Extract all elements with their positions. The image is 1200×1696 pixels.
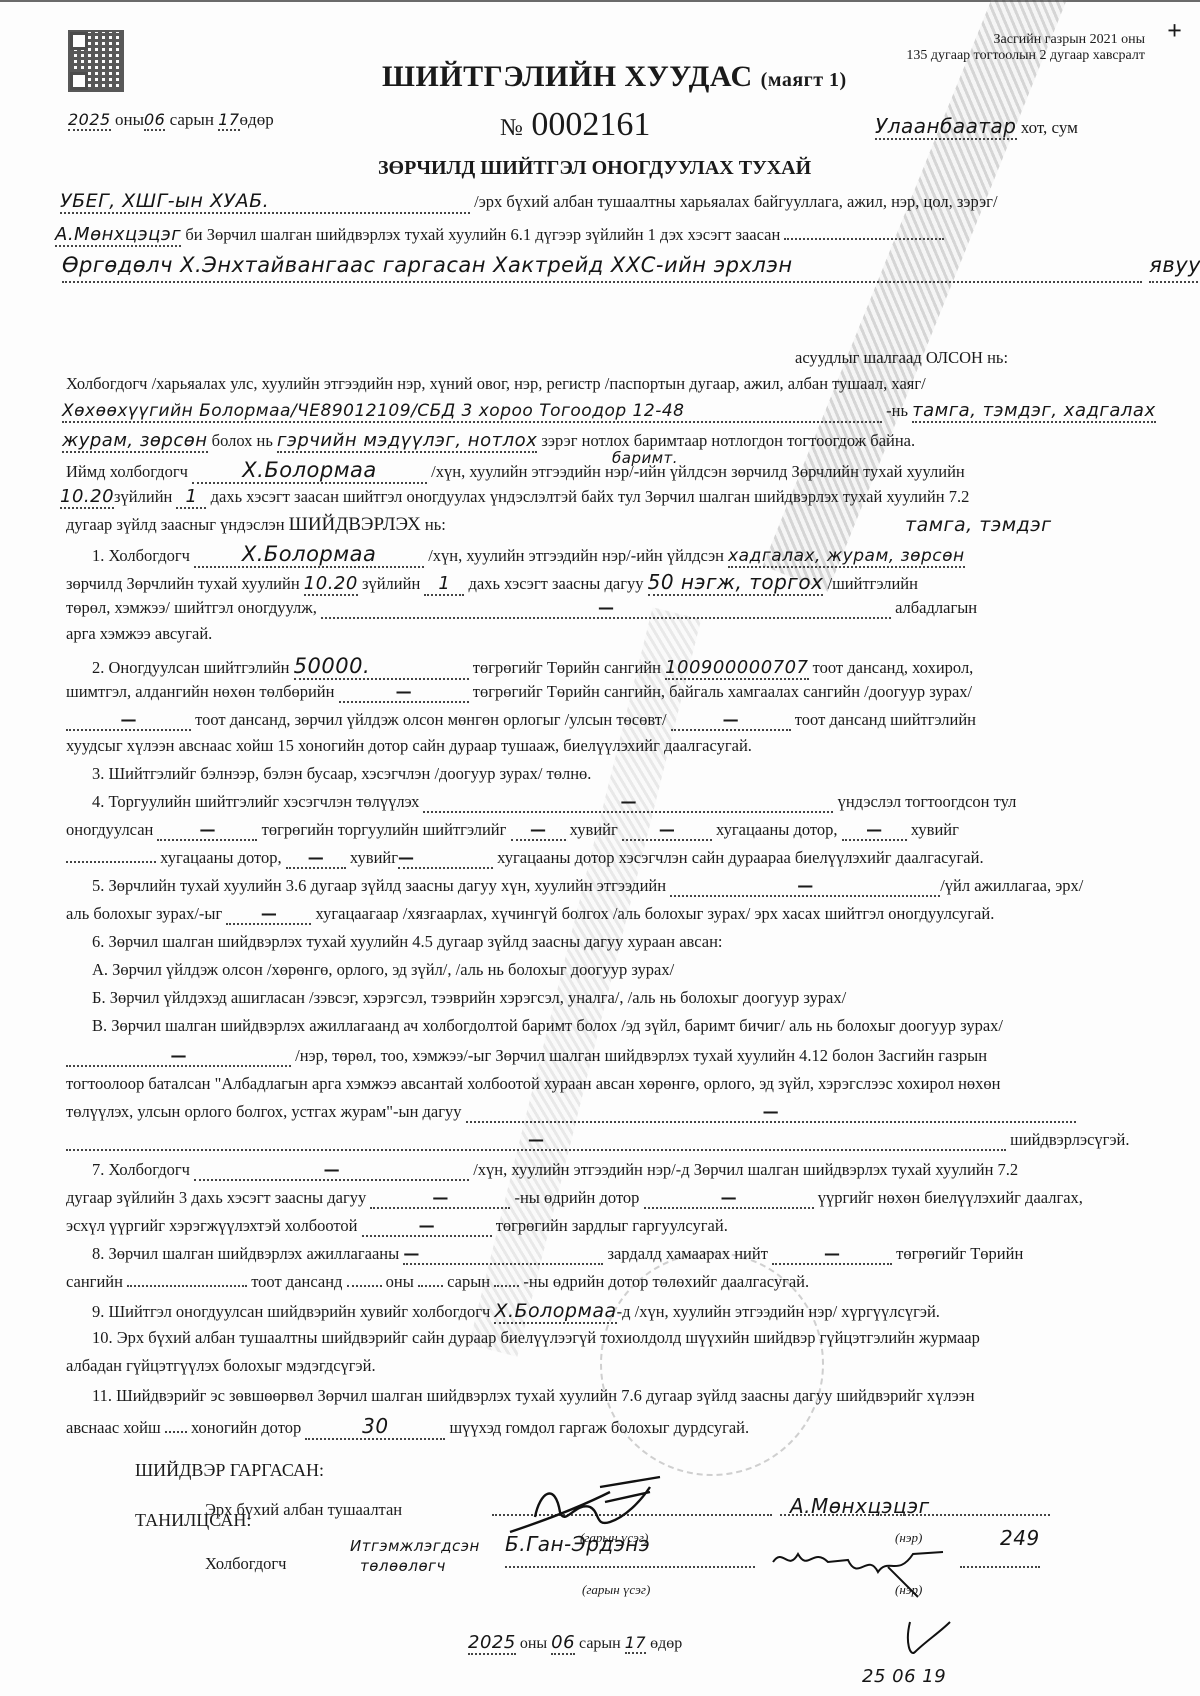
item2-l1b: төгрөгийг Төрийн сангийн (473, 658, 661, 677)
item3-line: 3. Шийтгэлийг бэлнээр, бэлэн бусаар, хэс… (92, 764, 591, 784)
item4-line3: хугацааны дотор, — хувийг— хугацааны дот… (66, 848, 984, 869)
item4-l2e: хувийг (911, 820, 959, 839)
item5-line2: аль болохыг зурах/-ыг — хугацаагаар /хяз… (66, 904, 994, 925)
item11-l2a: авснаас хойш (66, 1418, 161, 1437)
item5-l2b: хугацаагаар /хязгаарлах, хүчингүй болгох… (316, 904, 995, 923)
item1-l2d: /шийтгэлийн (828, 574, 918, 593)
item1-l3a: төрөл, хэмжээ/ шийтгэл оногдуулж, (66, 598, 317, 617)
item8-l2d: сарын (447, 1272, 490, 1291)
item6-c5-text: шийдвэрлэсүгэй. (1010, 1130, 1129, 1149)
penalty-sheet-page: Засгийн газрын 2021 оны 135 дугаар тогто… (0, 0, 1200, 1696)
item9-party-name: Х.Болормаа (494, 1300, 616, 1324)
complaint-text: Өргөдөлч Х.Энхтайвангаас гаргасан Хактре… (62, 250, 1200, 283)
item6-c2: — /нэр, төрөл, тоо, хэмжээ/-ыг Зөрчил ша… (66, 1046, 987, 1067)
item8-l1-blank1: — (403, 1244, 603, 1265)
decide-line: дугаар зүйлд заасныг үндэслэн ШИЙДВЭРЛЭХ… (66, 514, 446, 536)
item6-c4-blank: — (466, 1102, 1076, 1123)
item2-l3-blank1: — (66, 710, 191, 731)
item2-l3b: тоот дансанд шийтгэлийн (795, 710, 976, 729)
item6-a: А. Зөрчил үйлдэж олсон /хөрөнгө, орлого,… (92, 960, 674, 980)
item7-l1b: /хүн, хуулийн этгээдийн нэр/-д Зөрчил ша… (473, 1160, 1018, 1179)
item7-l2a: дугаар зүйлийн 3 дахь хэсэгт заасны дагу… (66, 1188, 366, 1207)
item8-l2b: тоот дансанд (251, 1272, 342, 1291)
item4-l1a: 4. Торгуулийн шийтгэлийг хэсэгчлэн төлүү… (92, 792, 419, 811)
item4-line2: оногдуулсан — төгрөгийн торгуулийн шийтг… (66, 820, 959, 841)
signature-caption-2: (гарын үсэг) (582, 1582, 650, 1598)
item7-line3: эсхүл үүргийг хэрэгжүүлэхтэй холбоотой —… (66, 1216, 728, 1237)
therefore-tail: /хүн, хуулийн этгээдийн нэр/-ийн үйлдсэн… (431, 462, 965, 481)
item7-line1: 7. Холбогдогч — /хүн, хуулийн этгээдийн … (92, 1160, 1018, 1181)
item1-party-name: Х.Болормаа (194, 542, 424, 568)
item7-l3a: эсхүл үүргийг хэрэгжүүлэхтэй холбоотой (66, 1216, 357, 1235)
title-text: ШИЙТГЭЛИЙН ХУУДАС (382, 60, 753, 93)
issue-month: 06 (144, 110, 165, 131)
party-details: Хөхөөхүүгийн Болормаа/ЧЕ89012109/СБД 3 х… (62, 401, 882, 423)
item4-blank (66, 861, 156, 863)
item6-c5: — шийдвэрлэсүгэй. (66, 1130, 1129, 1151)
item1-mid: /хүн, хуулийн этгээдийн нэр/-ийн үйлдсэн (428, 546, 724, 565)
item1-violation: хадгалах, журам, зөрсөн (728, 546, 965, 568)
corner-mark: + (1167, 16, 1182, 46)
item11-line2: авснаас хойш хоногийн дотор 30 шүүхэд го… (66, 1414, 749, 1440)
party-name: Х.Болормаа (192, 458, 427, 484)
item5-line1: 5. Зөрчлийн тухай хуулийн 3.6 дугаар зүй… (92, 876, 1083, 897)
article-line: 10.20зүйлийн 1 дахь хэсэгт заасан шийтгэ… (60, 486, 969, 509)
check-mark-signature (900, 1612, 960, 1662)
annex-reference: Засгийн газрын 2021 оны 135 дугаар тогто… (906, 32, 1145, 64)
party-role: Холбогдогч (205, 1554, 286, 1574)
item8-blank (494, 1285, 519, 1287)
item4-l2d: хугацааны дотор, (716, 820, 838, 839)
party-representative-note: Итгэмжлэгдсэн төлөөлөгч (350, 1536, 480, 1576)
item6-c: В. Зөрчил шалган шийдвэрлэх ажиллагаанд … (92, 1016, 1003, 1036)
item4-line1: 4. Торгуулийн шийтгэлийг хэсэгчлэн төлүү… (92, 792, 1016, 813)
item8-l1c: төгрөгийг Төрийн (896, 1244, 1023, 1263)
item5-l1a: 5. Зөрчлийн тухай хуулийн 3.6 дугаар зүй… (92, 876, 666, 895)
item8-l1a: 8. Зөрчил шалган шийдвэрлэх ажиллагааны (92, 1244, 399, 1263)
fine-amount: 50000. (294, 654, 469, 680)
page-title: ШИЙТГЭЛИЙН ХУУДАС (маягт 1) (382, 60, 847, 94)
item7-l3b: төгрөгийн зардлыг гаргуулсугай. (496, 1216, 728, 1235)
issue-date: 2025 оны06 сарын 17өдөр (68, 110, 274, 131)
item10-line2: албадан гүйцэтгүүлэх болохыг мэдэгдсүгэй… (66, 1356, 376, 1376)
stamp-date: 25 06 19 (862, 1666, 946, 1687)
item1-line3: төрөл, хэмжээ/ шийтгэл оногдуулж, — алба… (66, 598, 977, 619)
party-extra-mark: 249 (1000, 1526, 1040, 1550)
party-note-1: Итгэмжлэгдсэн (350, 1536, 480, 1556)
item6-c2-blank: — (66, 1046, 291, 1067)
item2-l3-blank2: — (671, 710, 791, 731)
item2-l1a: 2. Оногдуулсан шийтгэлийн (92, 658, 290, 677)
organization-line: УБЕГ, ХШГ-ын ХУАБ. /эрх бүхий албан туша… (60, 190, 1140, 214)
item7-l2-blank2: — (644, 1188, 814, 1209)
item4-blank: — (511, 820, 566, 841)
acknowledged-label: ТАНИЛЦСАН: (135, 1510, 251, 1531)
item1-l2a: зөрчилд Зөрчлийн тухай хуулийн (66, 574, 300, 593)
party-note-2: төлөөлөгч (350, 1556, 480, 1576)
evidence-tail: зэрэг нотлох баримтаар нотлогдон тогтоог… (541, 431, 915, 450)
item8-blank (418, 1285, 443, 1287)
therefore-line: Иймд холбогдогч Х.Болормаа /хүн, хуулийн… (66, 458, 965, 484)
item1-penalty: 50 нэгж, торгох (648, 570, 824, 596)
item8-l2c: оны (386, 1272, 414, 1291)
party-signature (768, 1542, 968, 1602)
bottom-year: 2025 (468, 1632, 516, 1655)
violation-b: журам, зөрсөн (62, 430, 208, 453)
item6-c2-text: /нэр, төрөл, тоо, хэмжээ/-ыг Зөрчил шалг… (295, 1046, 987, 1065)
item11-l2b: хоногийн дотор (191, 1418, 301, 1437)
item1-l2c: дахь хэсэгт заасны дагуу (469, 574, 644, 593)
number-prefix: № (500, 115, 523, 141)
item2-l2a: шимтгэл, алдангийн нөхөн төлбөрийн (66, 682, 334, 701)
item1-l3b: албадлагын (895, 598, 977, 617)
item4-blank: — (398, 848, 493, 869)
organization-label: /эрх бүхий албан тушаалтны харьяалах бай… (474, 192, 997, 211)
item2-l3a: тоот дансанд, зөрчил үйлдэж олсон мөнгөн… (195, 710, 666, 729)
city-field: Улаанбаатар хот, сум (875, 114, 1078, 140)
item6-b: Б. Зөрчил үйлдэхэд ашигласан /зэвсэг, хэ… (92, 988, 846, 1008)
document-number: № 0002161 (500, 106, 650, 144)
item4-l2a: оногдуулсан (66, 820, 153, 839)
appeal-days: 30 (305, 1414, 445, 1440)
bottom-day-suffix: өдөр (650, 1635, 682, 1652)
item1-line4: арга хэмжээ авсугай. (66, 624, 212, 644)
bolokh-label: болох нь (212, 431, 273, 450)
item9-text-a: 9. Шийтгэл оногдуулсан шийдвэрийн хувийг… (92, 1302, 490, 1321)
article-label: зүйлийн (114, 487, 172, 506)
item9-text-b: -д /хүн, хуулийн этгээдийн нэр/ хүргүүлс… (617, 1302, 940, 1321)
item11-line1: 11. Шийдвэрийг эс зөвшөөрвөл Зөрчил шалг… (92, 1386, 975, 1406)
item7-l2b: -ны өдрийн дотор (514, 1188, 639, 1207)
evidence-line: журам, зөрсөн болох нь гэрчийн мэдүүлэг,… (62, 430, 915, 453)
organization-value: УБЕГ, ХШГ-ын ХУАБ. (60, 190, 470, 214)
item6-c3: тогтоолоор баталсан "Албадлагын арга хэм… (66, 1074, 1001, 1094)
item8-l1b: зардалд хамаарах нийт (607, 1244, 767, 1263)
item7-l2-blank1: — (370, 1188, 510, 1209)
item2-l2b: төгрөгийг Төрийн сангийн, байгаль хамгаа… (473, 682, 972, 701)
bottom-month-suffix: сарын (579, 1635, 621, 1652)
item7-l2c: үүргийг нөхөн биелүүлэхийг даалгах, (818, 1188, 1083, 1207)
found-label: асуудлыг шалгаад ОЛСОН нь: (795, 348, 1008, 368)
item4-blank: — (286, 848, 346, 869)
item2-line2: шимтгэл, алдангийн нөхөн төлбөрийн — төг… (66, 682, 972, 703)
item1-l3-blank: — (321, 598, 891, 619)
bottom-date: 2025 оны 06 сарын 17 өдөр (468, 1632, 682, 1655)
document-subtitle: ЗӨРЧИЛД ШИЙТГЭЛ ОНОГДУУЛАХ ТУХАЙ (378, 157, 811, 180)
item7-l1-blank: — (194, 1160, 469, 1181)
violation-a: тамга, тэмдэг, хадгалах (912, 400, 1156, 423)
item2-line4: хуудсыг хүлээн авснаас хойш 15 хоногийн … (66, 736, 752, 756)
item8-l2a: сангийн (66, 1272, 123, 1291)
item6-c4-text: төлүүлэх, улсын орлого болгох, устгах жу… (66, 1102, 462, 1121)
qr-code-icon (68, 30, 124, 92)
item8-blank (347, 1285, 382, 1287)
officer-blank (784, 238, 944, 240)
article-number: 10.20 (60, 486, 114, 509)
item5-l2-blank: — (226, 904, 311, 925)
issue-day: 17 (218, 110, 239, 131)
city-value: Улаанбаатар (875, 114, 1017, 140)
complaint-line: Өргөдөлч Х.Энхтайвангаас гаргасан Хактре… (62, 250, 1142, 283)
item4-l3c: хугацааны дотор хэсэгчлэн сайн дураараа … (497, 848, 983, 867)
issue-year: 2025 (68, 110, 111, 131)
item4-l3a: хугацааны дотор, (160, 848, 282, 867)
item4-l1-blank: — (423, 792, 833, 813)
item8-line2: сангийн тоот дансанд оны сарын -ны өдрий… (66, 1272, 809, 1292)
item8-line1: 8. Зөрчил шалган шийдвэрлэх ажиллагааны … (92, 1244, 1023, 1265)
item5-l1b: /үйл ажиллагаа, эрх/ (940, 876, 1083, 895)
item10-line1: 10. Эрх бүхий албан тушаалтны шийдвэрийг… (92, 1328, 980, 1348)
complaint-line: явуулдаг ГЭСУ тамга, тэмдгийн үйлдвэр нь… (1149, 250, 1200, 283)
name-caption-2: (нэр) (895, 1582, 922, 1598)
annex-line-1: Засгийн газрын 2021 оны (906, 32, 1145, 48)
issue-year-suffix: оны (115, 110, 144, 129)
issue-month-suffix: сарын (170, 110, 214, 129)
item4-l2b: төгрөгийн торгуулийн шийтгэлийг (262, 820, 507, 839)
item1-label: 1. Холбогдогч (92, 546, 190, 565)
item7-l1a: 7. Холбогдогч (92, 1160, 190, 1179)
item2-line3: — тоот дансанд, зөрчил үйлдэж олсон мөнг… (66, 710, 976, 731)
item4-blank: — (622, 820, 712, 841)
item6-c4: төлүүлэх, улсын орлого болгох, устгах жу… (66, 1102, 1076, 1123)
item4-l3b: хувийг (350, 848, 398, 867)
officer-name-line (780, 1514, 1050, 1516)
annex-line-2: 135 дугаар тогтоолын 2 дугаар хавсралт (906, 48, 1145, 64)
item1-part: 1 (424, 573, 464, 596)
evidence-value: гэрчийн мэдүүлэг, нотлох (277, 430, 537, 453)
part-number: 1 (176, 486, 206, 509)
party-name-line (960, 1566, 1040, 1568)
bottom-year-suffix: оны (520, 1635, 547, 1652)
item7-line2: дугаар зүйлийн 3 дахь хэсэгт заасны дагу… (66, 1188, 1083, 1209)
officer-line: А.Мөнхцэцэг би Зөрчил шалган шийдвэрлэх … (55, 224, 944, 247)
item2-line1: 2. Оногдуулсан шийтгэлийн 50000. төгрөги… (92, 654, 973, 680)
party-details-line: Хөхөөхүүгийн Болормаа/ЧЕ89012109/СБД 3 х… (62, 400, 1156, 423)
item1-article: 10.20 (304, 573, 358, 596)
decide-suffix: нь: (425, 515, 446, 534)
item4-l2c: хувийг (570, 820, 618, 839)
item4-blank: — (842, 820, 907, 841)
item6-line1: 6. Зөрчил шалган шийдвэрлэх тухай хуулий… (92, 932, 723, 952)
item1-violation-top: тамга, тэмдэг (905, 514, 1052, 536)
item1-l2b: зүйлийн (362, 574, 420, 593)
item7-l3-blank: — (362, 1216, 492, 1237)
item11-blank (165, 1431, 187, 1433)
article-tail: дахь хэсэгт заасан шийтгэл оногдуулах үн… (211, 487, 970, 506)
item8-blank (127, 1285, 247, 1287)
item11-l2c: шүүхэд гомдол гаргаж болохыг дурдсугай. (449, 1418, 749, 1437)
form-label: (маягт 1) (761, 69, 847, 91)
decide-word: ШИЙДВЭРЛЭХ (289, 514, 421, 535)
item1-line1: 1. Холбогдогч Х.Болормаа /хүн, хуулийн э… (92, 542, 965, 568)
ni-label: -нь (886, 401, 908, 420)
item4-blank: — (157, 820, 257, 841)
treasury-account: 100900000707 (665, 657, 808, 680)
item5-l2a: аль болохыг зурах/-ыг (66, 904, 222, 923)
number-value: 0002161 (531, 106, 650, 143)
item8-l1-blank2: — (772, 1244, 892, 1265)
officer-label: би Зөрчил шалган шийдвэрлэх тухай хуулий… (185, 225, 780, 244)
decide-text: дугаар зүйлд заасныг үндэслэн (66, 515, 285, 534)
item8-l2e: -ны өдрийн дотор төлөхийг даалгасугай. (523, 1272, 809, 1291)
party-label: Холбогдогч /харьяалах улс, хуулийн этгээ… (66, 374, 926, 394)
bottom-month: 06 (551, 1632, 575, 1655)
item2-l1c: тоот дансанд, хохирол, (813, 658, 974, 677)
therefore-label: Иймд холбогдогч (66, 462, 188, 481)
issue-day-suffix: өдөр (240, 110, 274, 129)
party-signature-line (505, 1566, 755, 1568)
item4-l1b: үндэслэл тогтоогдсон тул (838, 792, 1017, 811)
issued-by-label: ШИЙДВЭР ГАРГАСАН: (135, 1460, 324, 1481)
item2-l2-blank: — (339, 682, 469, 703)
party-name-signed: Б.Ган-Эрдэнэ (505, 1532, 650, 1556)
item9-line: 9. Шийтгэл оногдуулсан шийдвэрийн хувийг… (92, 1300, 940, 1324)
city-suffix: хот, сум (1021, 118, 1078, 137)
item5-l1-blank: — (670, 876, 940, 897)
bottom-day: 17 (625, 1633, 646, 1654)
item1-line2: зөрчилд Зөрчлийн тухай хуулийн 10.20 зүй… (66, 570, 918, 596)
officer-name: А.Мөнхцэцэг (55, 224, 181, 247)
item6-c5-blank: — (66, 1130, 1006, 1151)
